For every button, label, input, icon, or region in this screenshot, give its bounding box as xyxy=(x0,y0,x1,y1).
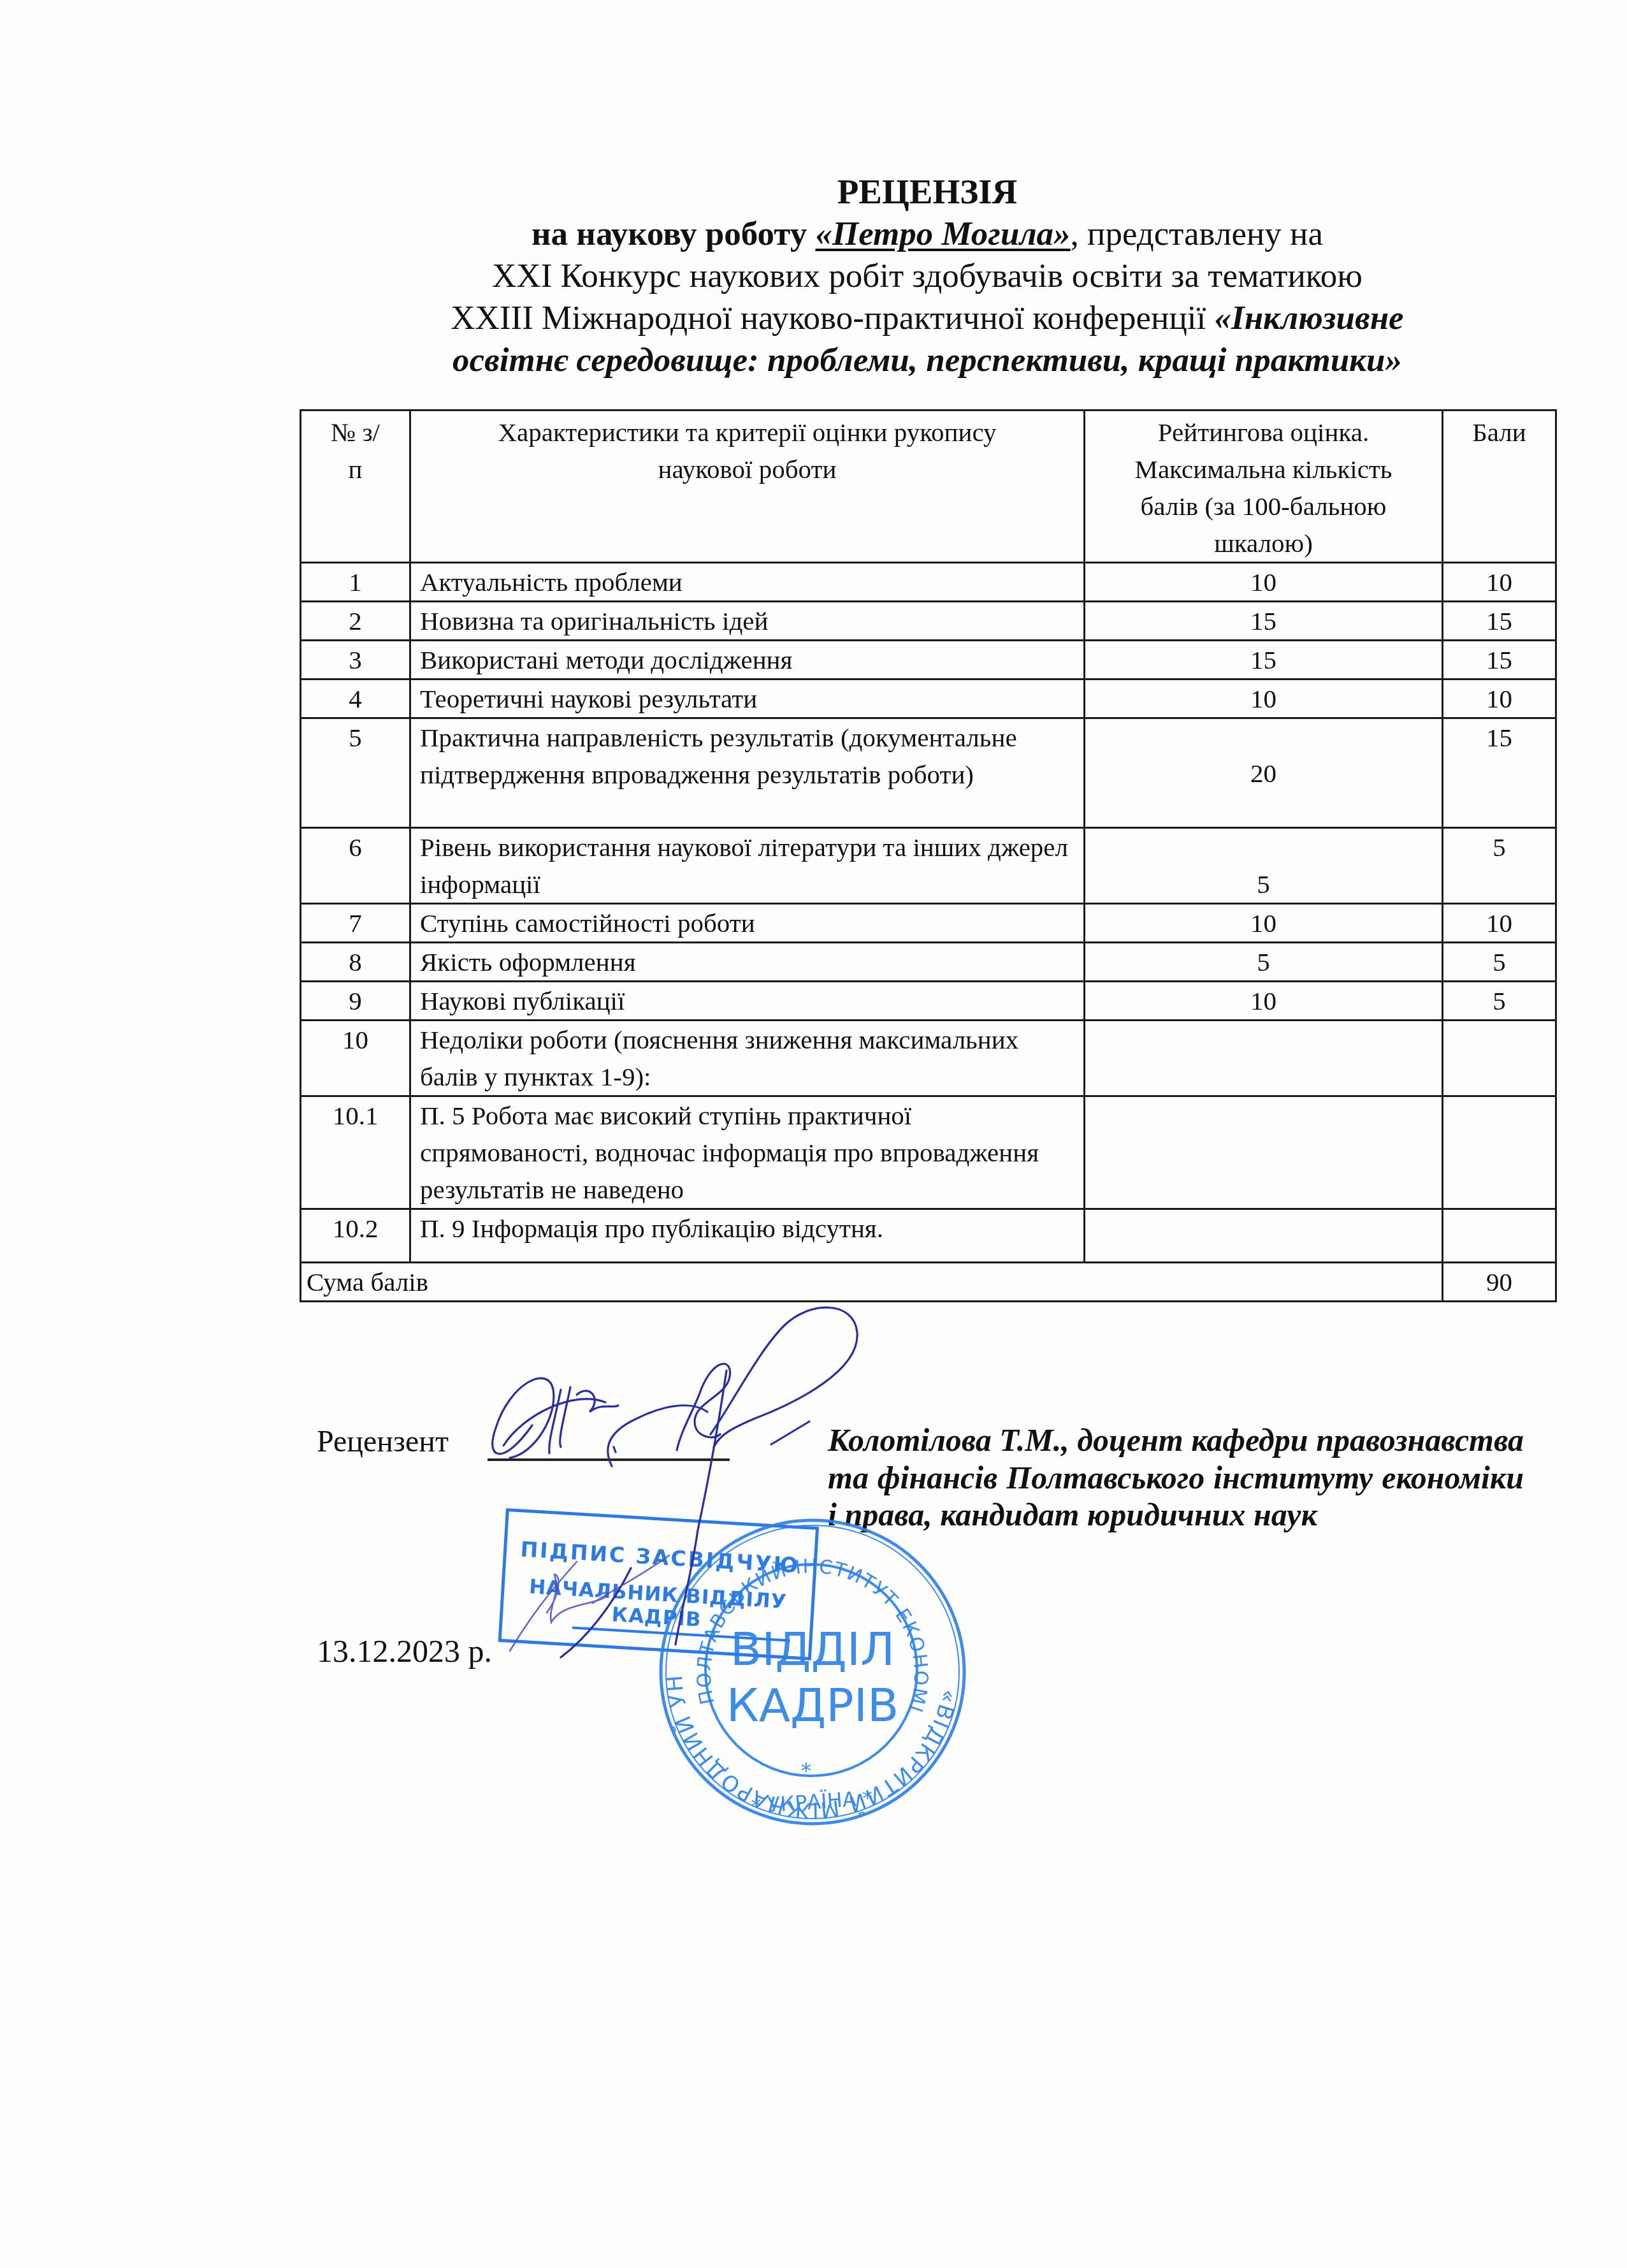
row-number: 10 xyxy=(301,1021,410,1096)
row-score xyxy=(1443,1021,1556,1096)
row-criterion: Наукові публікації xyxy=(410,982,1085,1021)
title-line-2: на наукову роботу «Петро Могила», предст… xyxy=(300,213,1555,255)
table-row: 6Рівень використання наукової літератури… xyxy=(301,828,1556,904)
row-max-score: 15 xyxy=(1085,602,1443,641)
reviewer-label: Рецензент xyxy=(317,1423,449,1461)
row-number: 3 xyxy=(301,641,410,680)
row-number: 10.2 xyxy=(301,1209,410,1263)
table-row: 1Актуальність проблеми1010 xyxy=(301,563,1556,602)
row-number: 4 xyxy=(301,680,410,718)
row-max-score xyxy=(1085,1096,1443,1209)
row-max-score: 15 xyxy=(1085,641,1443,680)
row-criterion: П. 9 Інформація про публікацію відсутня. xyxy=(410,1209,1085,1263)
row-score: 15 xyxy=(1443,602,1556,641)
title-line-3: XXI Конкурс наукових робіт здобувачів ос… xyxy=(300,255,1555,297)
svg-text:*: * xyxy=(801,1759,812,1784)
column-header-score: Бали xyxy=(1443,411,1556,563)
table-row: 3Використані методи дослідження1515 xyxy=(301,641,1556,680)
row-number: 2 xyxy=(301,602,410,641)
row-max-score xyxy=(1085,1021,1443,1096)
table-row: 10Недоліки роботи (пояснення зниження ма… xyxy=(301,1021,1556,1096)
table-row: 8Якість оформлення55 xyxy=(301,943,1556,982)
row-score: 15 xyxy=(1443,641,1556,680)
table-row: 4Теоретичні наукові результати1010 xyxy=(301,680,1556,718)
row-number: 10.1 xyxy=(301,1096,410,1209)
row-criterion: Якість оформлення xyxy=(410,943,1085,982)
row-criterion: Актуальність проблеми xyxy=(410,563,1085,602)
row-criterion: Недоліки роботи (пояснення зниження макс… xyxy=(410,1021,1085,1096)
document-header: РЕЦЕНЗІЯ на наукову роботу «Петро Могила… xyxy=(300,171,1555,381)
conference-title-part2: освітнє середовище: проблеми, перспектив… xyxy=(300,339,1555,381)
row-criterion: Ступінь самостійності роботи xyxy=(410,904,1085,943)
seal-bottom-text: * УКРАЇНА * xyxy=(751,1785,874,1818)
row-score xyxy=(1443,1096,1556,1209)
row-number: 5 xyxy=(301,718,410,828)
column-header-max-score: Рейтингова оцінка. Максимальна кількість… xyxy=(1085,411,1443,563)
row-score: 15 xyxy=(1443,718,1556,828)
table-row: 7Ступінь самостійності роботи1010 xyxy=(301,904,1556,943)
review-date: 13.12.2023 р. xyxy=(317,1632,492,1670)
table-row: 10.1П. 5 Робота має високий ступінь прак… xyxy=(301,1096,1556,1209)
table-header-row: № з/п Характеристики та критерії оцінки … xyxy=(301,411,1556,563)
table-row: 9Наукові публікації105 xyxy=(301,982,1556,1021)
work-title: «Петро Могила» xyxy=(815,215,1070,252)
total-score: 90 xyxy=(1443,1263,1556,1302)
table-row: 5Практична направленість результатів (до… xyxy=(301,718,1556,828)
stamp-line-1: ПІДПИС ЗАСВІДЧУЮ xyxy=(506,1536,814,1579)
title-line-4-prefix: XXIII Міжнародної науково-практичної кон… xyxy=(451,300,1214,337)
row-criterion: Новизна та оригінальність ідей xyxy=(410,602,1085,641)
row-max-score: 5 xyxy=(1085,828,1443,904)
row-criterion: Рівень використання наукової літератури … xyxy=(410,828,1085,904)
row-max-score: 10 xyxy=(1085,982,1443,1021)
row-max-score xyxy=(1085,1209,1443,1263)
row-number: 9 xyxy=(301,982,410,1021)
document-title: РЕЦЕНЗІЯ xyxy=(300,171,1555,213)
signature-line xyxy=(488,1458,730,1461)
row-max-score: 5 xyxy=(1085,943,1443,982)
title-line-4: XXIII Міжнародної науково-практичної кон… xyxy=(300,297,1555,339)
table-row: 10.2П. 9 Інформація про публікацію відсу… xyxy=(301,1209,1556,1263)
row-number: 7 xyxy=(301,904,410,943)
column-header-number: № з/п xyxy=(301,411,410,563)
reviewer-info: Колотілова Т.М., доцент кафедри правозна… xyxy=(828,1421,1524,1534)
row-max-score: 10 xyxy=(1085,563,1443,602)
row-score: 10 xyxy=(1443,563,1556,602)
row-score: 5 xyxy=(1443,828,1556,904)
row-criterion: Практична направленість результатів (док… xyxy=(410,718,1085,828)
row-score: 5 xyxy=(1443,943,1556,982)
row-score xyxy=(1443,1209,1556,1263)
title-line-2-prefix: на наукову роботу xyxy=(531,215,815,252)
row-score: 10 xyxy=(1443,680,1556,718)
row-max-score: 20 xyxy=(1085,718,1443,828)
column-header-criteria: Характеристики та критерії оцінки рукопи… xyxy=(410,411,1085,563)
row-score: 10 xyxy=(1443,904,1556,943)
row-number: 1 xyxy=(301,563,410,602)
stamp-line-2: НАЧАЛЬНИК ВІДДІЛУ КАДРІВ xyxy=(503,1574,812,1638)
total-label: Сума балів xyxy=(301,1263,1443,1302)
row-criterion: П. 5 Робота має високий ступінь практичн… xyxy=(410,1096,1085,1209)
conference-title-part1: «Інклюзивне xyxy=(1215,300,1404,337)
row-max-score: 10 xyxy=(1085,680,1443,718)
row-number: 6 xyxy=(301,828,410,904)
total-row: Сума балів90 xyxy=(301,1263,1556,1302)
row-criterion: Теоретичні наукові результати xyxy=(410,680,1085,718)
row-number: 8 xyxy=(301,943,410,982)
row-criterion: Використані методи дослідження xyxy=(410,641,1085,680)
seal-center-line-2: КАДРІВ xyxy=(727,1678,899,1732)
title-line-2-suffix: , представлену на xyxy=(1071,215,1323,252)
certification-stamp: ПІДПИС ЗАСВІДЧУЮ НАЧАЛЬНИК ВІДДІЛУ КАДРІ… xyxy=(498,1508,820,1661)
table-row: 2Новизна та оригінальність ідей1515 xyxy=(301,602,1556,641)
row-score: 5 xyxy=(1443,982,1556,1021)
evaluation-table: № з/п Характеристики та критерії оцінки … xyxy=(300,409,1557,1302)
row-max-score: 10 xyxy=(1085,904,1443,943)
